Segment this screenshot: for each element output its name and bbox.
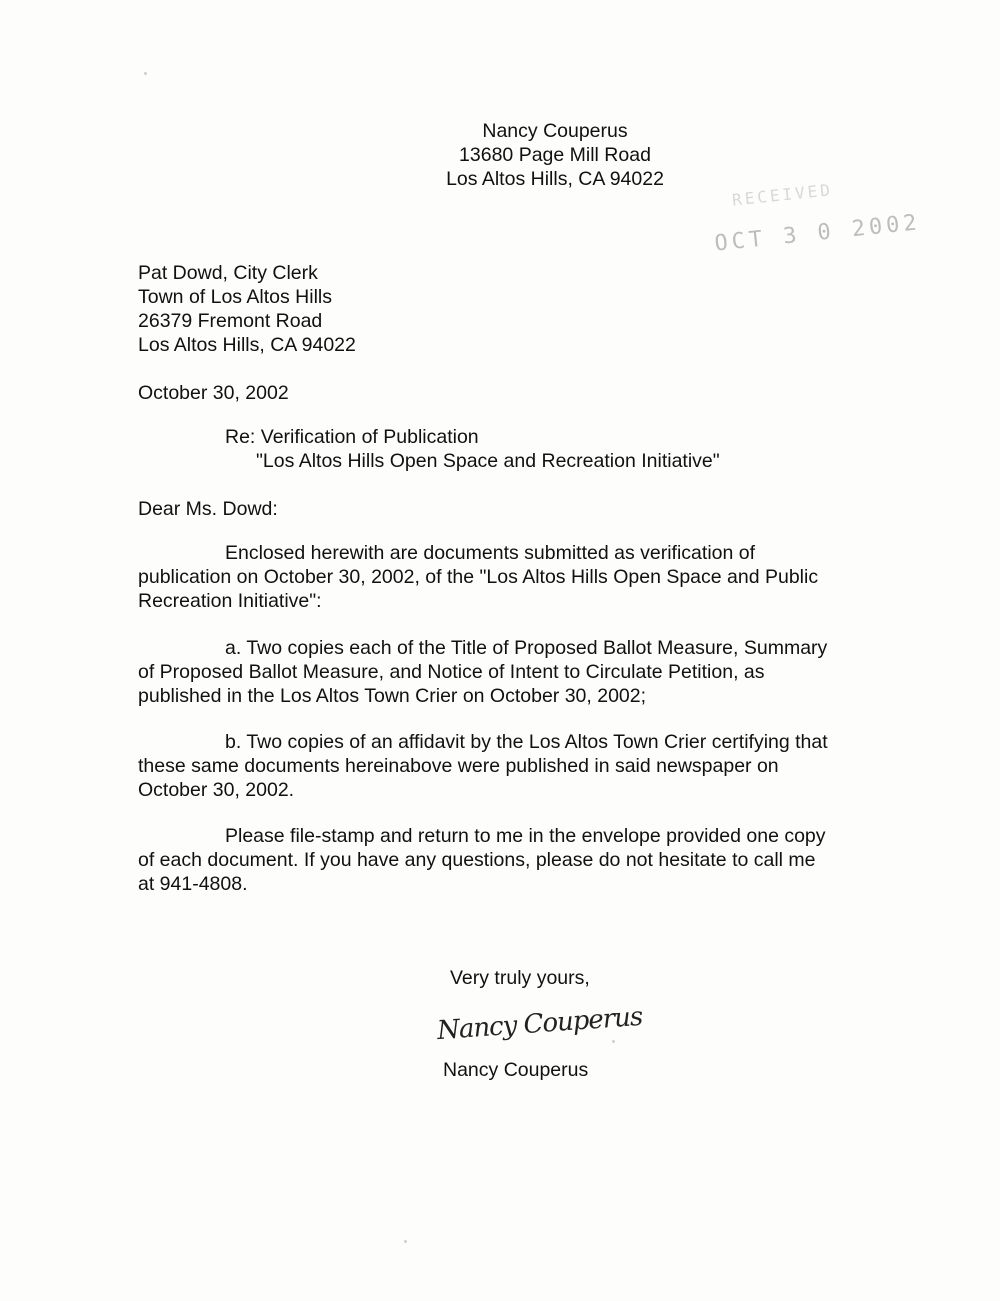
request-line: of each document. If you have any questi… [138, 848, 878, 872]
sender-city: Los Altos Hills, CA 94022 [430, 167, 680, 191]
subject-line-1: Re: Verification of Publication [225, 425, 720, 449]
stamp-date: OCT 3 0 2002 [714, 211, 922, 257]
recipient-city: Los Altos Hills, CA 94022 [138, 333, 356, 357]
handwritten-signature: Nancy Couperus [436, 1005, 643, 1043]
salutation: Dear Ms. Dowd: [138, 497, 278, 521]
signer-name: Nancy Couperus [443, 1058, 588, 1082]
intro-paragraph: Enclosed herewith are documents submitte… [138, 541, 878, 613]
item-b-line: these same documents hereinabove were pu… [138, 754, 878, 778]
item-b-line: b. Two copies of an affidavit by the Los… [138, 730, 878, 754]
recipient-street: 26379 Fremont Road [138, 309, 356, 333]
item-a-line: published in the Los Altos Town Crier on… [138, 684, 878, 708]
received-stamp: RECEIVED OCT 3 0 2002 [709, 169, 922, 256]
intro-line: Recreation Initiative": [138, 589, 878, 613]
subject-line-2: "Los Altos Hills Open Space and Recreati… [225, 449, 720, 473]
item-a-paragraph: a. Two copies each of the Title of Propo… [138, 636, 878, 708]
item-b-paragraph: b. Two copies of an affidavit by the Los… [138, 730, 878, 802]
sender-address: Nancy Couperus 13680 Page Mill Road Los … [430, 119, 680, 191]
closing: Very truly yours, [450, 966, 590, 990]
subject-line: Re: Verification of Publication "Los Alt… [225, 425, 720, 473]
intro-line: Enclosed herewith are documents submitte… [138, 541, 878, 565]
recipient-name: Pat Dowd, City Clerk [138, 261, 356, 285]
sender-street: 13680 Page Mill Road [430, 143, 680, 167]
scan-speck [612, 1040, 615, 1043]
stamp-label: RECEIVED [731, 169, 917, 212]
letter-date: October 30, 2002 [138, 381, 289, 405]
item-a-line: of Proposed Ballot Measure, and Notice o… [138, 660, 878, 684]
request-line: at 941-4808. [138, 872, 878, 896]
item-a-line: a. Two copies each of the Title of Propo… [138, 636, 878, 660]
request-paragraph: Please file-stamp and return to me in th… [138, 824, 878, 896]
recipient-organization: Town of Los Altos Hills [138, 285, 356, 309]
item-b-line: October 30, 2002. [138, 778, 878, 802]
recipient-address: Pat Dowd, City Clerk Town of Los Altos H… [138, 261, 356, 357]
scan-speck [404, 1240, 407, 1243]
intro-line: publication on October 30, 2002, of the … [138, 565, 878, 589]
sender-name: Nancy Couperus [430, 119, 680, 143]
scan-speck [144, 72, 147, 75]
request-line: Please file-stamp and return to me in th… [138, 824, 878, 848]
